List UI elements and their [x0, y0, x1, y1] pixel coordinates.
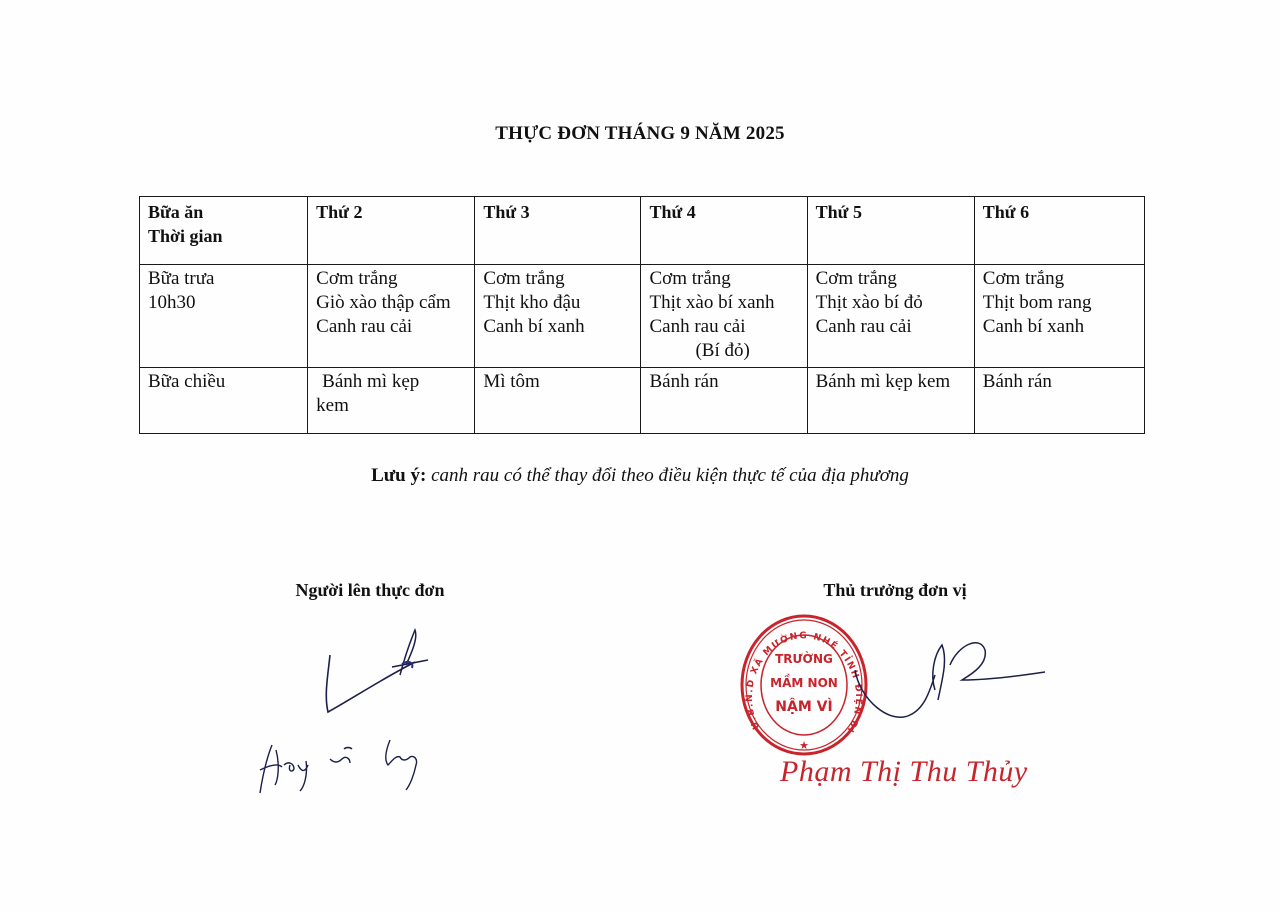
dish: Cơm trắng	[316, 267, 466, 291]
lunch-time: 10h30	[148, 291, 299, 315]
dish: Canh bí xanh	[983, 315, 1136, 339]
lunch-label: Bữa trưa	[148, 267, 299, 291]
lunch-label-cell: Bữa trưa 10h30	[140, 265, 308, 368]
dish: Mì tôm	[483, 370, 632, 394]
dish: Canh rau cải	[816, 315, 966, 339]
dish: Thịt xào bí đỏ	[816, 291, 966, 315]
afternoon-monday-cell: Bánh mì kẹp kem	[308, 368, 475, 434]
svg-text:★: ★	[799, 740, 809, 752]
lunch-friday-cell: Cơm trắng Thịt bom rang Canh bí xanh	[974, 265, 1144, 368]
day-header-tuesday: Thứ 3	[475, 197, 641, 265]
lunch-monday-cell: Cơm trắng Giò xào thập cẩm Canh rau cải	[308, 265, 475, 368]
afternoon-label: Bữa chiều	[148, 370, 299, 394]
head-of-unit-label: Thủ trưởng đơn vị	[790, 580, 1000, 601]
menu-table: Bữa ăn Thời gian Thứ 2 Thứ 3 Thứ 4 Thứ 5…	[139, 196, 1145, 434]
day-header-friday: Thứ 6	[974, 197, 1144, 265]
dish: Canh bí xanh	[483, 315, 632, 339]
table-row-lunch: Bữa trưa 10h30 Cơm trắng Giò xào thập cẩ…	[140, 265, 1145, 368]
menu-note: Lưu ý: canh rau có thể thay đổi theo điề…	[0, 465, 1280, 487]
dish: Cơm trắng	[816, 267, 966, 291]
dish: Cơm trắng	[483, 267, 632, 291]
day-header-monday: Thứ 2	[308, 197, 475, 265]
note-text: canh rau có thể thay đổi theo điều kiện …	[431, 465, 909, 486]
meal-header: Bữa ăn	[148, 200, 299, 224]
dish: Giò xào thập cẩm	[316, 291, 466, 315]
dish: Thịt kho đậu	[483, 291, 632, 315]
lunch-thursday-cell: Cơm trắng Thịt xào bí đỏ Canh rau cải	[807, 265, 974, 368]
dish: Bánh mì kẹp kem	[816, 370, 966, 394]
menu-author-label: Người lên thực đơn	[270, 580, 470, 601]
afternoon-tuesday-cell: Mì tôm	[475, 368, 641, 434]
dish-note: (Bí đỏ)	[649, 339, 798, 363]
afternoon-thursday-cell: Bánh mì kẹp kem	[807, 368, 974, 434]
author-handwritten-name-icon	[250, 725, 450, 800]
afternoon-label-cell: Bữa chiều	[140, 368, 308, 434]
dish: Canh rau cải	[649, 315, 798, 339]
afternoon-friday-cell: Bánh rán	[974, 368, 1144, 434]
author-signature-icon	[300, 620, 440, 720]
afternoon-wednesday-cell: Bánh rán	[641, 368, 807, 434]
day-header-thursday: Thứ 5	[807, 197, 974, 265]
dish: Cơm trắng	[983, 267, 1136, 291]
dish: Thịt xào bí xanh	[649, 291, 798, 315]
dish: Bánh rán	[983, 370, 1136, 394]
menu-title: THỰC ĐƠN THÁNG 9 NĂM 2025	[0, 123, 1280, 145]
dish: Bánh mì kẹp	[316, 370, 466, 394]
lunch-tuesday-cell: Cơm trắng Thịt kho đậu Canh bí xanh	[475, 265, 641, 368]
table-header-row: Bữa ăn Thời gian Thứ 2 Thứ 3 Thứ 4 Thứ 5…	[140, 197, 1145, 265]
time-header: Thời gian	[148, 224, 299, 248]
day-header-wednesday: Thứ 4	[641, 197, 807, 265]
corner-header-cell: Bữa ăn Thời gian	[140, 197, 308, 265]
dish: Canh rau cải	[316, 315, 466, 339]
principal-signature-icon	[830, 630, 1060, 740]
dish: Bánh rán	[649, 370, 798, 394]
dish: Cơm trắng	[649, 267, 798, 291]
principal-name: Phạm Thị Thu Thủy	[780, 755, 1028, 789]
dish: kem	[316, 394, 466, 418]
note-label: Lưu ý:	[371, 465, 426, 486]
dish: Thịt bom rang	[983, 291, 1136, 315]
lunch-wednesday-cell: Cơm trắng Thịt xào bí xanh Canh rau cải …	[641, 265, 807, 368]
table-row-afternoon: Bữa chiều Bánh mì kẹp kem Mì tôm Bánh rá…	[140, 368, 1145, 434]
